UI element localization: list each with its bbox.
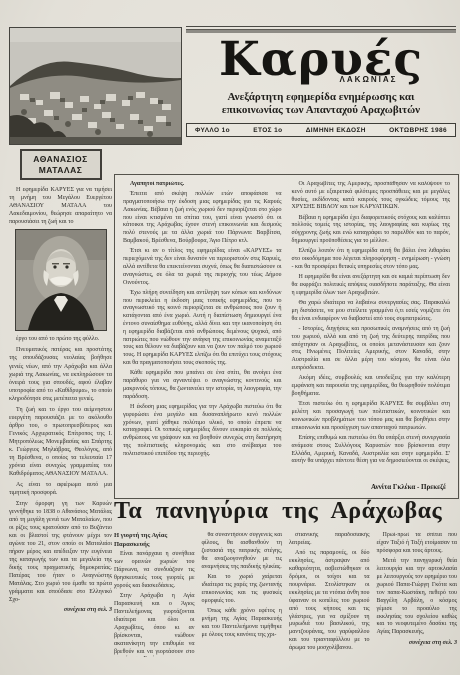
matalas-text-bottom: έργο του από το πρώτο της φύλλο. Πνευματ… (9, 335, 112, 604)
subtitle: Ανεξάρτητη εφημερίδα ενημέρωσης και επικ… (186, 91, 456, 117)
matalas-text-top: Η εφημερίδα ΚΑΡΥΕΣ για να τιμήσει τη μνή… (9, 186, 112, 226)
letter-paragraph: Ελπίζω λοιπόν ότι η εφημερίδα αυτή θα βά… (292, 248, 451, 271)
letter-paragraph: Κάθε εφημερίδα που μπαίνει σε ένα σπίτι,… (123, 370, 282, 401)
festivals-columns: Η γιορτή της Αγίας Παρασκευής Είναι πανά… (114, 532, 457, 657)
issue-bar: ΦΥΛΛΟ 1ο ΕΤΟΣ 1ο ΔΙΜΗΝΗ ΕΚΔΟΣΗ ΟΚΤΩΒΡΗΣ … (186, 123, 456, 137)
matalas-title-box: ΑΘΑΝΑΣΙΟΣ ΜΑΤΑΛΑΣ (20, 149, 102, 180)
letter-paragraph: Βέβαια η εφημερίδα έχει διαφορετικούς στ… (292, 215, 451, 246)
festivals-headline: Τα πανηγύρια της Αράχωβας (114, 499, 457, 523)
matalas-intro: Η εφημερίδα ΚΑΡΥΕΣ για να τιμήσει τη μνή… (9, 186, 112, 226)
festivals-paragraph: Πρωί-πρωί τα σπίτια που είχαν Ταξιό ή Τα… (377, 532, 458, 556)
portrait-art (16, 230, 106, 330)
letter-signature: Αννίτα Γκλέκα - Πρεκεζέ (371, 483, 446, 491)
matalas-article: ΑΘΑΝΑΣΙΟΣ ΜΑΤΑΛΑΣ Η εφημερίδα ΚΑΡΥΕΣ για… (9, 149, 112, 649)
letter-paragraph: Έπειτα από σκέψη πολλών ετών αποφάσισα ν… (123, 191, 282, 246)
festivals-continued-note: συνέχεια στη σελ. 3 (377, 640, 458, 646)
issue-year: ΕΤΟΣ 1ο (253, 127, 282, 134)
festivals-column-2: θα συναντήσουν συγγενείς και φίλους, θα … (202, 532, 283, 657)
letter-paragraph: Θα χαρώ ιδιαίτερα να λαβαίνω συνεργασίες… (292, 300, 451, 323)
issue-number: ΦΥΛΛΟ 1ο (195, 127, 230, 134)
festivals-paragraph: Στην Αράχωβα η Αγία Παρασκευή και ο Άγιο… (114, 593, 195, 657)
festivals-paragraph: Και το χωριό χαίρεται ιδιαίτερα τις χαρέ… (202, 574, 283, 606)
letter-paragraph: Έχω πλήρη συνείδηση και αντίληψη των κόπ… (123, 290, 282, 368)
letter-paragraph: Οι Αραχωβίτες της Αμερικής, προσπάθησαν … (292, 181, 451, 212)
festivals-paragraph: Μετά την πανηγυρική θεία λειτουργία και … (377, 558, 458, 637)
festivals-paragraph: Είναι πανάρχαια η συνήθεια των ορεινών χ… (114, 551, 195, 591)
masthead: Καρυές ΛΑΚΩΝΙΑΣ Ανεξάρτητη εφημερίδα ενη… (186, 26, 456, 137)
letter-paragraph: Η εφημερίδα θα είναι ανεξάρτητη και σε κ… (292, 274, 451, 297)
letter-paragraph: Ακόμη ιδέες, συμβουλές και υποδείξεις γι… (292, 375, 451, 398)
letter-paragraph: Έτσι πιστεύω ότι η εφημερίδα ΚΑΡΥΕΣ θα σ… (292, 401, 451, 432)
subtitle-line-1: Ανεξάρτητη εφημερίδα ενημέρωσης και (186, 91, 456, 104)
letter-paragraph: Η έκδοση μιας εφημερίδας για την Αράχωβα… (123, 404, 282, 459)
newspaper-title: Καρυές (186, 35, 456, 84)
festivals-subhead: Η γιορτή της Αγίας Παρασκευής (114, 532, 195, 549)
subtitle-line-2: επικοινωνίας των Απανταχού Αραχωβιτών (186, 104, 456, 117)
festivals-column-1: Η γιορτή της Αγίας Παρασκευής Είναι πανά… (114, 532, 195, 657)
festivals-section: Τα πανηγύρια της Αράχωβας Η γιορτή της Α… (114, 499, 457, 657)
newspaper-front-page: Καρυές ΛΑΚΩΝΙΑΣ Ανεξάρτητη εφημερίδα ενη… (0, 0, 460, 675)
matalas-para: Τη ζωή και το έργο του αείμνηστου ευεργέ… (9, 406, 112, 478)
letter-salutation: Αγαπητοί πατριώτες. (123, 181, 282, 189)
village-panorama-photo (9, 27, 182, 145)
editor-letter-columns: Αγαπητοί πατριώτες. Έπειτα από σκέψη πολ… (123, 181, 450, 473)
matalas-para: Ας είναι το αφιέρωμα αυτό μια τιμητική π… (9, 481, 112, 497)
matalas-continued-note: συνέχεια στη σελ. 3 (9, 607, 112, 613)
matalas-caption: έργο του από το πρώτο της φύλλο. (9, 335, 112, 343)
festivals-paragraph: στιανικής παραδοσιακής λατρείας. (289, 532, 370, 548)
matalas-para: Στην όμορφη γη των Καρυών γεννήθηκε το 1… (9, 500, 112, 604)
festivals-column-3: στιανικής παραδοσιακής λατρείας. Από τις… (289, 532, 370, 657)
letter-paragraph: - Ιστορίες, διηγήσεις και προσωπικές ανα… (292, 326, 451, 373)
festivals-paragraph: θα συναντήσουν συγγενείς και φίλους, θα … (202, 532, 283, 572)
letter-paragraph: Έτσι κι αν ο τίτλος της εφημερίδας είναι… (123, 248, 282, 287)
issue-date: ΟΚΤΩΒΡΗΣ 1986 (389, 127, 447, 134)
festivals-paragraph: Όπως κάθε χρόνο εφέτος η μνήμη της Αγίας… (202, 608, 283, 640)
matalas-portrait-photo (15, 229, 107, 331)
issue-frequency: ΔΙΜΗΝΗ ΕΚΔΟΣΗ (306, 127, 366, 134)
top-rule-thin (186, 26, 456, 27)
village-photo-art (10, 28, 181, 144)
matalas-para: Πνευματικός πατέρας και προστάτης της σπ… (9, 346, 112, 402)
editor-letter: Αγαπητοί πατριώτες. Έπειτα από σκέψη πολ… (114, 174, 459, 499)
festivals-column-4: Πρωί-πρωί τα σπίτια που είχαν Ταξιό ή Τα… (377, 532, 458, 657)
festivals-paragraph: Από τις παραμονές, οι δύο εκκλησίες, άστ… (289, 550, 370, 653)
